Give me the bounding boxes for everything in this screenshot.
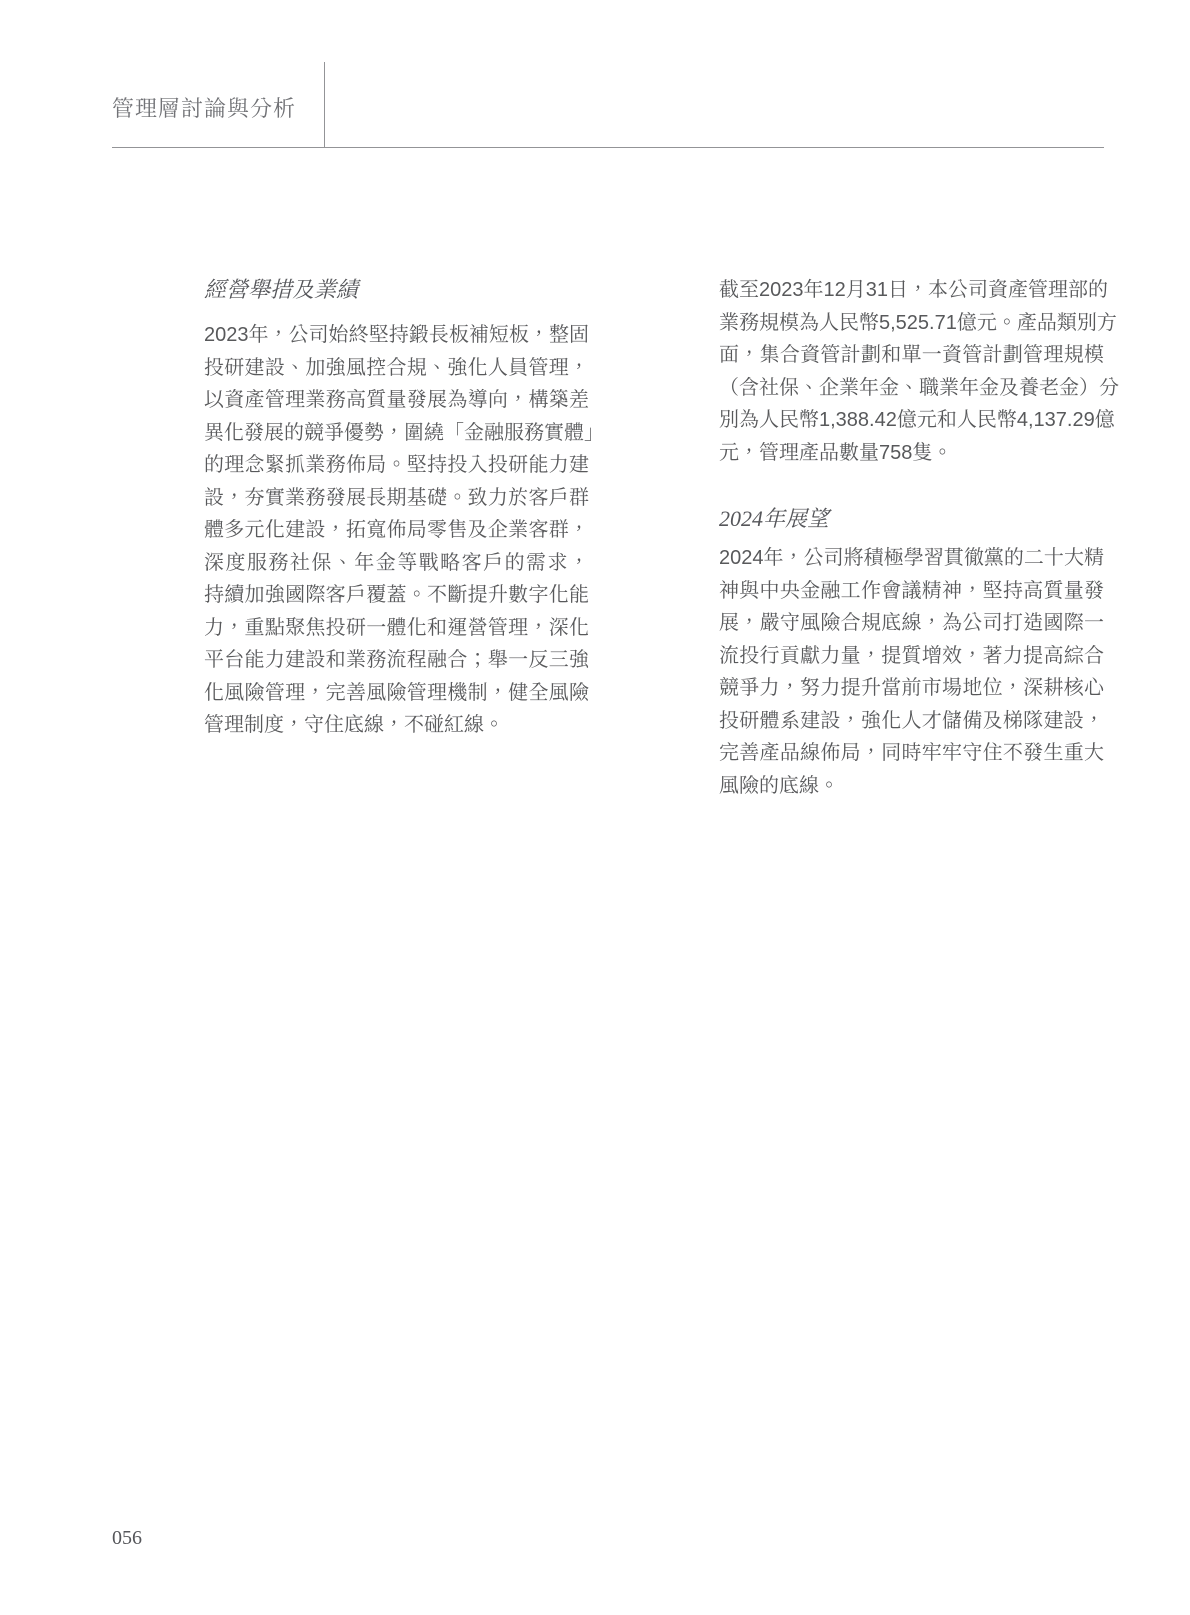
text-line: 平台能力建設和業務流程融合；舉一反三強 [204,644,589,677]
section-heading-operations-and-results: 經營舉措及業績 [204,277,358,303]
section-heading-2024-outlook: 2024年展望 [719,506,829,532]
text-line: 元，管理產品數量758隻。 [719,437,1104,470]
text-line: 2024年，公司將積極學習貫徹黨的二十大精 [719,542,1104,575]
text-line: 管理制度，守住底線，不碰紅線。 [204,709,589,742]
text-line: 風險的底線。 [719,770,1104,803]
text-line: 展，嚴守風險合規底線，為公司打造國際一 [719,607,1104,640]
text-line: 體多元化建設，拓寬佈局零售及企業客群， [204,514,589,547]
text-line: 的理念緊抓業務佈局。堅持投入投研能力建 [204,449,589,482]
text-line: 深度服務社保、年金等戰略客戶的需求， [204,547,589,580]
paragraph-aum-scale: 截至2023年12月31日，本公司資產管理部的業務規模為人民幣5,525.71億… [719,274,1104,469]
text-line: 流投行貢獻力量，提質增效，著力提高綜合 [719,640,1104,673]
page-number: 056 [112,1527,142,1550]
text-line: 別為人民幣1,388.42億元和人民幣4,137.29億 [719,404,1104,437]
text-line: 神與中央金融工作會議精神，堅持高質量發 [719,575,1104,608]
text-line: 以資產管理業務高質量發展為導向，構築差 [204,384,589,417]
text-line: 設，夯實業務發展長期基礎。致力於客戶群 [204,482,589,515]
text-line: 完善產品線佈局，同時牢牢守住不發生重大 [719,737,1104,770]
paragraph-operations-and-results: 2023年，公司始終堅持鍛長板補短板，整固投研建設、加強風控合規、強化人員管理，… [204,319,589,742]
text-line: 面，集合資管計劃和單一資管計劃管理規模 [719,339,1104,372]
text-line: 競爭力，努力提升當前市場地位，深耕核心 [719,672,1104,705]
text-line: 投研建設、加強風控合規、強化人員管理， [204,352,589,385]
text-line: （含社保、企業年金、職業年金及養老金）分 [719,372,1104,405]
header-vertical-rule [324,62,325,147]
paragraph-2024-outlook: 2024年，公司將積極學習貫徹黨的二十大精神與中央金融工作會議精神，堅持高質量發… [719,542,1104,802]
header-horizontal-rule [112,147,1104,148]
text-line: 業務規模為人民幣5,525.71億元。產品類別方 [719,307,1104,340]
text-line: 截至2023年12月31日，本公司資產管理部的 [719,274,1104,307]
text-line: 化風險管理，完善風險管理機制，健全風險 [204,677,589,710]
report-page: 管理層討論與分析 經營舉措及業績 2023年，公司始終堅持鍛長板補短板，整固投研… [0,0,1190,1615]
text-line: 2023年，公司始終堅持鍛長板補短板，整固 [204,319,589,352]
text-line: 異化發展的競爭優勢，圍繞「金融服務實體」 [204,417,589,450]
text-line: 投研體系建設，強化人才儲備及梯隊建設， [719,705,1104,738]
text-line: 力，重點聚焦投研一體化和運營管理，深化 [204,612,589,645]
text-line: 持續加強國際客戶覆蓋。不斷提升數字化能 [204,579,589,612]
page-title: 管理層討論與分析 [112,92,296,123]
